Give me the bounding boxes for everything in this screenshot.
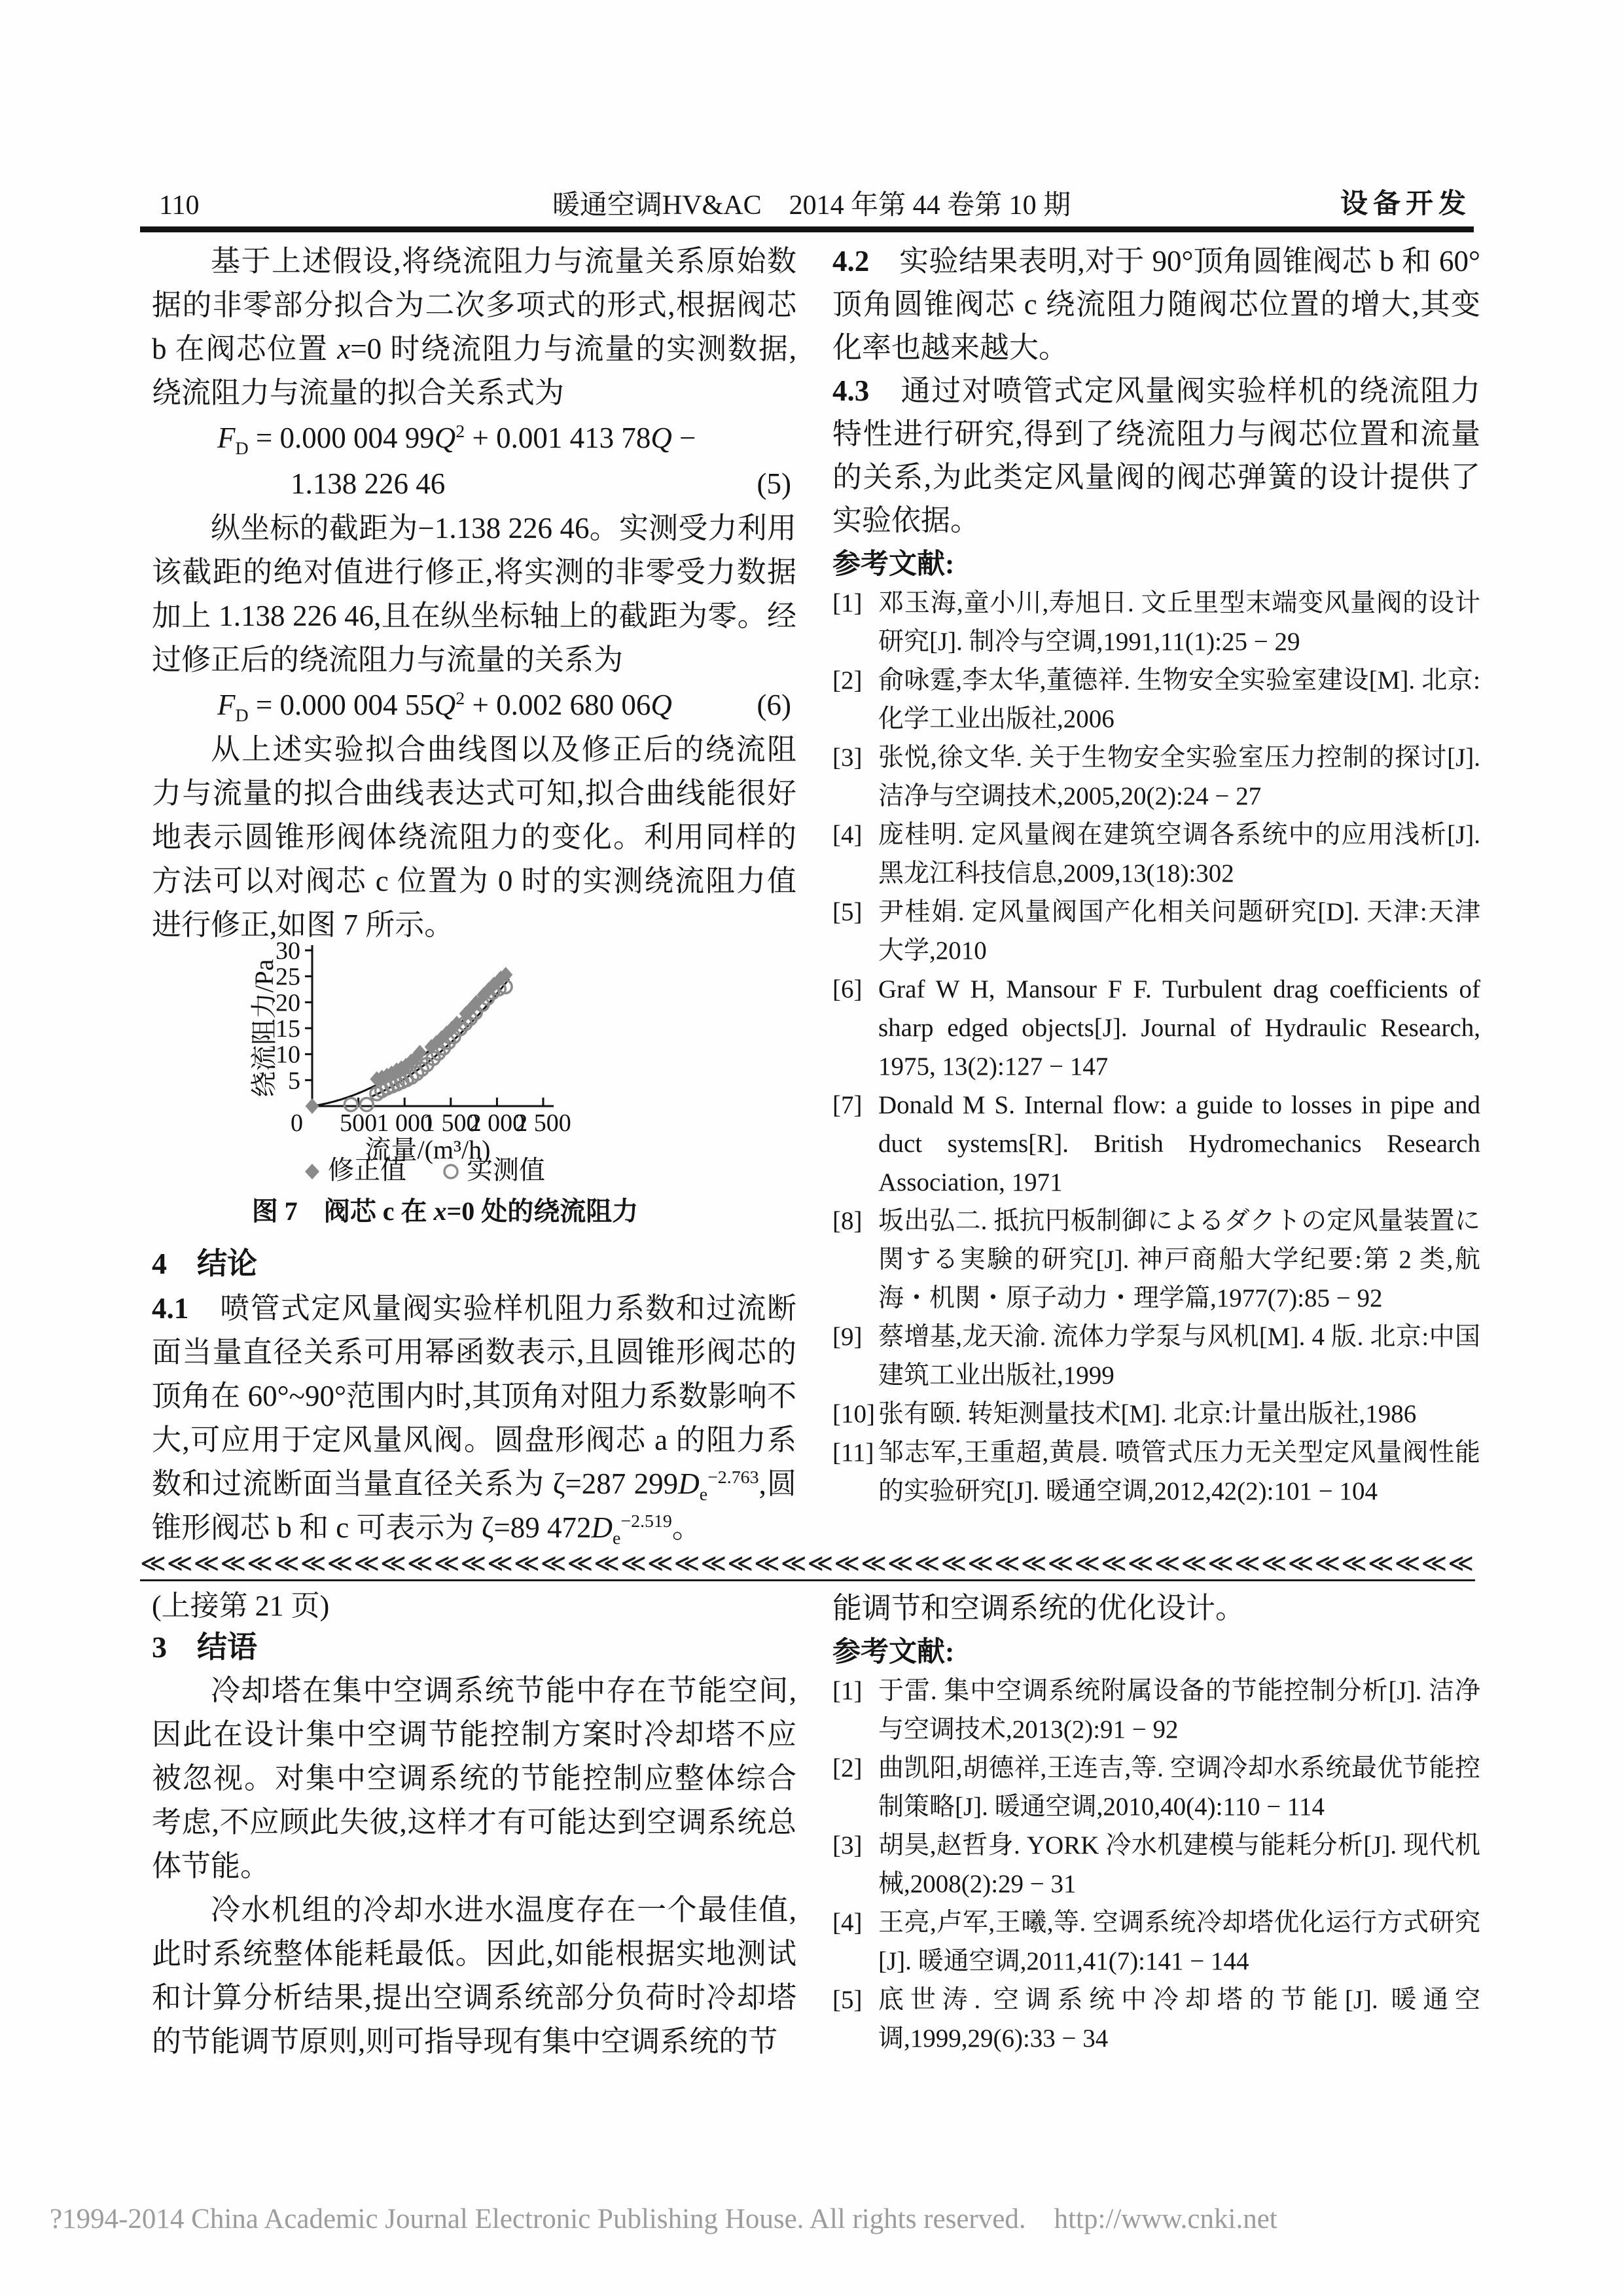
reference-item: [4]王亮,卢军,王曦,等. 空调系统冷却塔优化运行方式研究[J]. 暖通空调,…	[832, 1903, 1480, 1981]
reference-item: [1]于雷. 集中空调系统附属设备的节能控制分析[J]. 洁净与空调技术,201…	[832, 1672, 1480, 1749]
section-heading-conclusions: 4 结论	[152, 1244, 257, 1284]
svg-text:500: 500	[340, 1109, 377, 1137]
references-heading-bottom: 参考文献:	[832, 1634, 1480, 1672]
equation-5: FD = 0.000 004 99Q2 + 0.001 413 78Q − 1.…	[152, 415, 796, 507]
reference-text: 王亮,卢军,王曦,等. 空调系统冷却塔优化运行方式研究[J]. 暖通空调,201…	[878, 1903, 1480, 1981]
reference-item: [10]张有颐. 转矩测量技术[M]. 北京:计量出版社,1986	[832, 1395, 1480, 1433]
reference-number: [10]	[832, 1395, 870, 1433]
equation-6-number: (6)	[757, 682, 791, 728]
svg-text:20: 20	[276, 989, 300, 1016]
reference-text: 俞咏霆,李太华,董德祥. 生物安全实验室建设[M]. 北京:化学工业出版社,20…	[878, 661, 1480, 738]
reference-item: [7]Donald M S. Internal flow: a guide to…	[832, 1086, 1480, 1202]
equation-5-line2: 1.138 226 46 (5)	[291, 461, 796, 507]
reference-text: 胡昊,赵哲身. YORK 冷水机建模与能耗分析[J]. 现代机械,2008(2)…	[878, 1826, 1480, 1903]
reference-text: 尹桂娟. 定风量阀国产化相关问题研究[D]. 天津:天津大学,2010	[878, 893, 1480, 970]
section-heading-summary: 3 结语	[152, 1627, 796, 1668]
reference-text: 曲凯阳,胡德祥,王连吉,等. 空调冷却水系统最优节能控制策略[J]. 暖通空调,…	[878, 1749, 1480, 1826]
reference-number: [11]	[832, 1433, 870, 1472]
reference-number: [4]	[832, 816, 870, 854]
paragraph-intercept-correction: 纵坐标的截距为−1.138 226 46。实测受力利用该截距的绝对值进行修正,将…	[152, 507, 796, 682]
reference-item: [2]俞咏霆,李太华,董德祥. 生物安全实验室建设[M]. 北京:化学工业出版社…	[832, 661, 1480, 738]
reference-item: [3]胡昊,赵哲身. YORK 冷水机建模与能耗分析[J]. 现代机械,2008…	[832, 1826, 1480, 1903]
svg-text:绕流阻力/Pa: 绕流阻力/Pa	[249, 959, 279, 1097]
continued-left-column: (上接第 21 页) 3 结语 冷却塔在集中空调系统节能中存在节能空间,因此在设…	[152, 1587, 796, 2064]
reference-number: [5]	[832, 893, 870, 931]
reference-item: [5]尹桂娟. 定风量阀国产化相关问题研究[D]. 天津:天津大学,2010	[832, 893, 1480, 970]
reference-text: 张悦,徐文华. 关于生物安全实验室压力控制的探讨[J]. 洁净与空调技术,200…	[878, 738, 1480, 816]
references-list-top: [1]邓玉海,童小川,寿旭日. 文丘里型末端变风量阀的设计研究[J]. 制冷与空…	[832, 584, 1480, 1511]
reference-text: 张有颐. 转矩测量技术[M]. 北京:计量出版社,1986	[878, 1395, 1480, 1433]
reference-number: [1]	[832, 1672, 870, 1710]
reference-number: [1]	[832, 584, 870, 622]
reference-number: [8]	[832, 1202, 870, 1240]
reference-text: 坂出弘二. 抵抗円板制御によるダクトの定风量装置に関する実験的研究[J]. 神戸…	[878, 1202, 1480, 1318]
copyright-footer: ?1994-2014 China Academic Journal Electr…	[50, 2203, 1277, 2235]
reference-text: 蔡增基,龙天渝. 流体力学泵与风机[M]. 4 版. 北京:中国建筑工业出版社,…	[878, 1318, 1480, 1395]
paragraph-fitting-intro: 基于上述假设,将绕流阻力与流量关系原始数据的非零部分拟合为二次多项式的形式,根据…	[152, 240, 796, 415]
paragraph-curve-discussion: 从上述实验拟合曲线图以及修正后的绕流阻力与流量的拟合曲线表达式可知,拟合曲线能很…	[152, 728, 796, 947]
equation-6-body: FD = 0.000 004 55Q2 + 0.002 680 06Q	[217, 682, 672, 728]
reference-number: [3]	[832, 738, 870, 777]
reference-number: [7]	[832, 1086, 870, 1124]
reference-text: 于雷. 集中空调系统附属设备的节能控制分析[J]. 洁净与空调技术,2013(2…	[878, 1672, 1480, 1749]
reference-text: Graf W H, Mansour F F. Turbulent drag co…	[878, 970, 1480, 1086]
svg-text:2 500: 2 500	[515, 1109, 571, 1137]
continued-from-note: (上接第 21 页)	[152, 1587, 796, 1626]
equation-5-line1: FD = 0.000 004 99Q2 + 0.001 413 78Q −	[217, 415, 796, 461]
reference-item: [4]庞桂明. 定风量阀在建筑空调各系统中的应用浅析[J]. 黑龙江科技信息,2…	[832, 816, 1480, 893]
reference-text: 底世涛. 空调系统中冷却塔的节能[J]. 暖通空调,1999,29(6):33 …	[878, 1981, 1480, 2058]
figure7-caption: 图 7 阀芯 c 在 x=0 处的绕流阻力	[216, 1195, 674, 1228]
divider-ornament: ≪≪≪≪≪≪≪≪≪≪≪≪≪≪≪≪≪≪≪≪≪≪≪≪≪≪≪≪≪≪≪≪≪≪≪≪≪≪≪≪…	[140, 1550, 1475, 1581]
reference-item: [9]蔡增基,龙天渝. 流体力学泵与风机[M]. 4 版. 北京:中国建筑工业出…	[832, 1318, 1480, 1395]
header-rule	[140, 226, 1474, 232]
reference-item: [11]邹志军,王重超,黄晨. 喷管式压力无关型定风量阀性能的实验研究[J]. …	[832, 1433, 1480, 1511]
reference-text: Donald M S. Internal flow: a guide to lo…	[878, 1086, 1480, 1202]
conclusion-item-43: 4.3 通过对喷管式定风量阀实验样机的绕流阻力特性进行研究,得到了绕流阻力与阀芯…	[832, 369, 1480, 542]
svg-text:15: 15	[276, 1015, 300, 1043]
reference-item: [5]底世涛. 空调系统中冷却塔的节能[J]. 暖通空调,1999,29(6):…	[832, 1981, 1480, 2058]
reference-item: [8]坂出弘二. 抵抗円板制御によるダクトの定风量装置に関する実験的研究[J].…	[832, 1202, 1480, 1318]
equation-5-number: (5)	[757, 461, 791, 507]
continued-paragraph-tail: 能调节和空调系统的优化设计。	[832, 1587, 1480, 1630]
svg-text:25: 25	[276, 963, 300, 991]
svg-text:30: 30	[276, 940, 300, 965]
equation-6: FD = 0.000 004 55Q2 + 0.002 680 06Q (6)	[152, 682, 796, 728]
summary-paragraph-1: 冷却塔在集中空调系统节能中存在节能空间,因此在设计集中空调节能控制方案时冷却塔不…	[152, 1669, 796, 1888]
conclusion-item-41: 4.1 喷管式定风量阀实验样机阻力系数和过流断面当量直径关系可用幂函数表示,且圆…	[152, 1287, 796, 1550]
reference-item: [2]曲凯阳,胡德祥,王连吉,等. 空调冷却水系统最优节能控制策略[J]. 暖通…	[832, 1749, 1480, 1826]
reference-item: [6]Graf W H, Mansour F F. Turbulent drag…	[832, 970, 1480, 1086]
svg-text:10: 10	[276, 1041, 300, 1069]
reference-text: 邓玉海,童小川,寿旭日. 文丘里型末端变风量阀的设计研究[J]. 制冷与空调,1…	[878, 584, 1480, 661]
reference-item: [1]邓玉海,童小川,寿旭日. 文丘里型末端变风量阀的设计研究[J]. 制冷与空…	[832, 584, 1480, 661]
summary-paragraph-2: 冷水机组的冷却水进水温度存在一个最佳值,此时系统整体能耗最低。因此,如能根据实地…	[152, 1888, 796, 2064]
reference-number: [2]	[832, 661, 870, 700]
references-list-bottom: [1]于雷. 集中空调系统附属设备的节能控制分析[J]. 洁净与空调技术,201…	[832, 1672, 1480, 2058]
conclusion-item-42: 4.2 实验结果表明,对于 90°顶角圆锥阀芯 b 和 60°顶角圆锥阀芯 c …	[832, 240, 1480, 369]
figure7-chart: 5101520253005001 0001 5002 0002 500绕流阻力/…	[247, 940, 711, 1190]
svg-text:实测值: 实测值	[467, 1155, 545, 1185]
reference-text: 邹志军,王重超,黄晨. 喷管式压力无关型定风量阀性能的实验研究[J]. 暖通空调…	[878, 1433, 1480, 1511]
reference-number: [4]	[832, 1903, 870, 1942]
right-column: 4.2 实验结果表明,对于 90°顶角圆锥阀芯 b 和 60°顶角圆锥阀芯 c …	[832, 240, 1480, 1511]
svg-text:5: 5	[288, 1067, 300, 1094]
svg-text:0: 0	[291, 1109, 303, 1137]
reference-text: 庞桂明. 定风量阀在建筑空调各系统中的应用浅析[J]. 黑龙江科技信息,2009…	[878, 816, 1480, 893]
reference-number: [3]	[832, 1826, 870, 1865]
reference-number: [6]	[832, 970, 870, 1009]
references-heading-top: 参考文献:	[832, 546, 1480, 584]
continued-right-column: 能调节和空调系统的优化设计。 参考文献: [1]于雷. 集中空调系统附属设备的节…	[832, 1587, 1480, 2058]
left-column: 基于上述假设,将绕流阻力与流量关系原始数据的非零部分拟合为二次多项式的形式,根据…	[152, 240, 796, 947]
column-section-label: 设备开发	[1340, 188, 1471, 220]
reference-item: [3]张悦,徐文华. 关于生物安全实验室压力控制的探讨[J]. 洁净与空调技术,…	[832, 738, 1480, 816]
reference-number: [2]	[832, 1749, 870, 1787]
svg-text:修正值: 修正值	[328, 1155, 406, 1185]
reference-number: [5]	[832, 1981, 870, 2019]
journal-page: 110 暖通空调HV&AC 2014 年第 44 卷第 10 期 设备开发 基于…	[0, 0, 1623, 2296]
reference-number: [9]	[832, 1318, 870, 1356]
